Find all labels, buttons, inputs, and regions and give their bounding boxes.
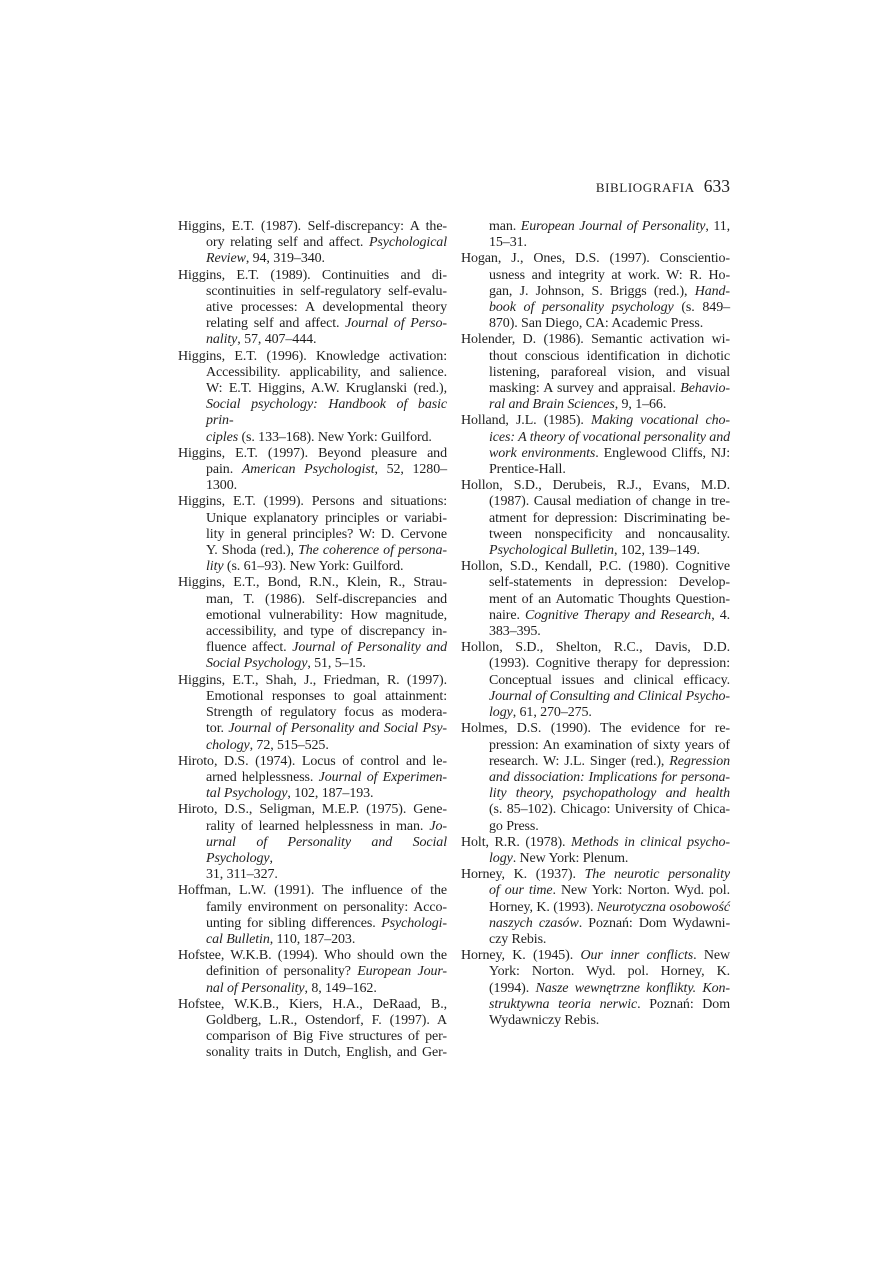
running-header: BIBLIOGRAFIA 633 — [596, 176, 730, 197]
reference-entry: Hiroto, D.S. (1974). Locus of control an… — [178, 754, 447, 803]
bibliography-page: BIBLIOGRAFIA 633 Higgins, E.T. (1987). S… — [0, 0, 893, 1263]
reference-line: thout conscious identification in dichot… — [461, 349, 730, 365]
italic-text-run: Psychological Bulletin — [489, 543, 614, 558]
italic-text-run: Review — [206, 251, 246, 266]
plain-text-run: . Poznań: Dom — [637, 997, 730, 1012]
plain-text-run: , 110, 187–203. — [270, 932, 355, 947]
reference-line: masking: A survey and appraisal. Behavio… — [461, 381, 730, 397]
reference-line: 383–395. — [461, 624, 730, 640]
reference-entry: Higgins, E.T., Shah, J., Friedman, R. (1… — [178, 673, 447, 754]
reference-line: logy. New York: Plenum. — [461, 851, 730, 867]
plain-text-run: . New — [693, 948, 730, 963]
reference-line: self-statements in depression: Develop- — [461, 575, 730, 591]
reference-line: atment for depression: Discriminating be… — [461, 511, 730, 527]
reference-line: gan, J. Johnson, S. Briggs (red.), Hand- — [461, 284, 730, 300]
italic-text-run: Our inner conflicts — [581, 948, 694, 963]
reference-line: Holender, D. (1986). Semantic activation… — [461, 332, 730, 348]
plain-text-run: man, T. (1986). Self-discrepancies and — [206, 592, 447, 607]
reference-line: Journal of Consulting and Clinical Psych… — [461, 689, 730, 705]
plain-text-run: Hiroto, D.S., Seligman, M.E.P. (1975). G… — [178, 802, 447, 817]
italic-text-run: European Jour- — [357, 964, 447, 979]
plain-text-run: (s. 133–168). New York: Guilford. — [238, 430, 432, 445]
plain-text-run: tor. — [206, 721, 228, 736]
plain-text-run: ative processes: A developmental theory — [206, 300, 447, 315]
plain-text-run: Hollon, S.D., Derubeis, R.J., Evans, M.D… — [461, 478, 730, 493]
italic-text-run: logy — [489, 851, 513, 866]
plain-text-run: man. — [489, 219, 521, 234]
plain-text-run: Strength of regulatory focus as modera- — [206, 705, 447, 720]
bibliography-column-right: man. European Journal of Personality, 11… — [461, 219, 730, 1062]
reference-line: Psychological Bulletin, 102, 139–149. — [461, 543, 730, 559]
plain-text-run: York: Norton. Wyd. pol. Horney, K. — [489, 964, 730, 979]
plain-text-run: Hollon, S.D., Shelton, R.C., Davis, D.D. — [461, 640, 730, 655]
italic-text-run: nality — [206, 332, 237, 347]
reference-entry: Hollon, S.D., Derubeis, R.J., Evans, M.D… — [461, 478, 730, 559]
plain-text-run: 870). San Diego, CA: Academic Press. — [489, 316, 703, 331]
plain-text-run: fluence affect. — [206, 640, 292, 655]
plain-text-run: (1993). Cognitive therapy for depression… — [489, 656, 730, 671]
italic-text-run: Psychological — [369, 235, 447, 250]
reference-line: nality, 57, 407–444. — [178, 332, 447, 348]
plain-text-run: 15–31. — [489, 235, 527, 250]
reference-line: Holland, J.L. (1985). Making vocational … — [461, 413, 730, 429]
reference-line: ative processes: A developmental theory — [178, 300, 447, 316]
reference-line: arned helplessness. Journal of Experimen… — [178, 770, 447, 786]
plain-text-run: Higgins, E.T., Bond, R.N., Klein, R., St… — [178, 575, 447, 590]
plain-text-run: Conceptual issues and clinical efficacy. — [489, 673, 730, 688]
reference-line: urnal of Personality and Social Psycholo… — [178, 835, 447, 867]
plain-text-run: Y. Shoda (red.), — [206, 543, 298, 558]
italic-text-run: The neurotic personality — [585, 867, 730, 882]
reference-line: Review, 94, 319–340. — [178, 251, 447, 267]
plain-text-run: masking: A survey and appraisal. — [489, 381, 680, 396]
plain-text-run: Higgins, E.T. (1996). Knowledge activati… — [178, 349, 447, 364]
plain-text-run: emotional vulnerability: How magnitude, — [206, 608, 447, 623]
italic-text-run: book of personality psychology — [489, 300, 674, 315]
plain-text-run: ory relating self and affect. — [206, 235, 369, 250]
reference-line: book of personality psychology (s. 849– — [461, 300, 730, 316]
reference-line: chology, 72, 515–525. — [178, 738, 447, 754]
reference-line: relating self and affect. Journal of Per… — [178, 316, 447, 332]
italic-text-run: Making vocational cho- — [591, 413, 730, 428]
reference-line: Horney, K. (1937). The neurotic personal… — [461, 867, 730, 883]
plain-text-run: Higgins, E.T. (1999). Persons and situat… — [178, 494, 447, 509]
italic-text-run: ciples — [206, 430, 238, 445]
plain-text-run: , 4. — [711, 608, 730, 623]
reference-entry: Hollon, S.D., Shelton, R.C., Davis, D.D.… — [461, 640, 730, 721]
italic-text-run: Jo- — [429, 819, 447, 834]
reference-line: listening, paraforeal vision, and visual — [461, 365, 730, 381]
reference-entry: Higgins, E.T. (1999). Persons and situat… — [178, 494, 447, 575]
reference-line: man, T. (1986). Self-discrepancies and — [178, 592, 447, 608]
italic-text-run: chology — [206, 738, 250, 753]
plain-text-run: Emotional responses to goal attainment: — [206, 689, 447, 704]
plain-text-run: , 72, 515–525. — [250, 738, 329, 753]
plain-text-run: Horney, K. (1937). — [461, 867, 585, 882]
plain-text-run: Wydawniczy Rebis. — [489, 1013, 599, 1028]
reference-line: pression: An examination of sixty years … — [461, 738, 730, 754]
reference-line: lity (s. 61–93). New York: Guilford. — [178, 559, 447, 575]
reference-line: Higgins, E.T. (1989). Continuities and d… — [178, 268, 447, 284]
reference-line: pain. American Psychologist, 52, 1280– — [178, 462, 447, 478]
italic-text-run: Neurotyczna osobowość — [597, 900, 730, 915]
italic-text-run: Journal of Experimen- — [319, 770, 447, 785]
plain-text-run: . New York: Plenum. — [513, 851, 629, 866]
reference-line: Hiroto, D.S., Seligman, M.E.P. (1975). G… — [178, 802, 447, 818]
reference-line: man. European Journal of Personality, 11… — [461, 219, 730, 235]
reference-line: Horney, K. (1993). Neurotyczna osobowość — [461, 900, 730, 916]
plain-text-run: , 61, 270–275. — [513, 705, 592, 720]
italic-text-run: Cognitive Therapy and Research — [525, 608, 711, 623]
plain-text-run: rality of learned helplessness in man. — [206, 819, 429, 834]
reference-line: Higgins, E.T. (1999). Persons and situat… — [178, 494, 447, 510]
reference-entry: Hofstee, W.K.B. (1994). Who should own t… — [178, 948, 447, 997]
reference-line: Holt, R.R. (1978). Methods in clinical p… — [461, 835, 730, 851]
reference-line: W: E.T. Higgins, A.W. Kruglanski (red.), — [178, 381, 447, 397]
reference-entry: Higgins, E.T. (1989). Continuities and d… — [178, 268, 447, 349]
reference-line: logy, 61, 270–275. — [461, 705, 730, 721]
italic-text-run: American Psychologist — [242, 462, 375, 477]
italic-text-run: nal of Personality — [206, 981, 305, 996]
reference-line: Horney, K. (1945). Our inner conflicts. … — [461, 948, 730, 964]
reference-entry: Hollon, S.D., Kendall, P.C. (1980). Cogn… — [461, 559, 730, 640]
reference-line: scontinuities in self-regulatory self-ev… — [178, 284, 447, 300]
reference-entry: Higgins, E.T. (1997). Beyond pleasure an… — [178, 446, 447, 495]
reference-line: Hollon, S.D., Kendall, P.C. (1980). Cogn… — [461, 559, 730, 575]
reference-line: definition of personality? European Jour… — [178, 964, 447, 980]
plain-text-run: (s. 61–93). New York: Guilford. — [223, 559, 403, 574]
reference-line: tween nonspecificity and noncausality. — [461, 527, 730, 543]
plain-text-run: Higgins, E.T. (1989). Continuities and d… — [178, 268, 447, 283]
reference-line: Hofstee, W.K.B. (1994). Who should own t… — [178, 948, 447, 964]
reference-line: Higgins, E.T. (1987). Self-discrepancy: … — [178, 219, 447, 235]
italic-text-run: Hand- — [695, 284, 730, 299]
plain-text-run: , 52, 1280– — [375, 462, 448, 477]
reference-line: (s. 85–102). Chicago: University of Chic… — [461, 802, 730, 818]
italic-text-run: of our time — [489, 883, 553, 898]
plain-text-run: . New York: Norton. Wyd. pol. — [553, 883, 730, 898]
reference-line: ciples (s. 133–168). New York: Guilford. — [178, 430, 447, 446]
reference-line: cal Bulletin, 110, 187–203. — [178, 932, 447, 948]
reference-line: rality of learned helplessness in man. J… — [178, 819, 447, 835]
bibliography-column-left: Higgins, E.T. (1987). Self-discrepancy: … — [178, 219, 447, 1062]
plain-text-run: 31, 311–327. — [206, 867, 278, 882]
plain-text-run: Hiroto, D.S. (1974). Locus of control an… — [178, 754, 447, 769]
reference-line: Conceptual issues and clinical efficacy. — [461, 673, 730, 689]
reference-line: Hoffman, L.W. (1991). The influence of t… — [178, 883, 447, 899]
reference-entry: man. European Journal of Personality, 11… — [461, 219, 730, 251]
reference-line: Goldberg, L.R., Ostendorf, F. (1997). A — [178, 1013, 447, 1029]
italic-text-run: Journal of Personality and — [292, 640, 447, 655]
plain-text-run: , 9, 1–66. — [615, 397, 667, 412]
plain-text-run: family environment on personality: Acco- — [206, 900, 447, 915]
plain-text-run: Horney, K. (1945). — [461, 948, 581, 963]
reference-entry: Horney, K. (1937). The neurotic personal… — [461, 867, 730, 948]
italic-text-run: naszych czasów — [489, 916, 579, 931]
plain-text-run: Prentice-Hall. — [489, 462, 566, 477]
plain-text-run: Hofstee, W.K.B., Kiers, H.A., DeRaad, B.… — [178, 997, 447, 1012]
reference-entry: Holmes, D.S. (1990). The evidence for re… — [461, 721, 730, 834]
plain-text-run: research. W: J.L. Singer (red.), — [489, 754, 669, 769]
reference-entry: Higgins, E.T. (1996). Knowledge activati… — [178, 349, 447, 446]
reference-line: comparison of Big Five structures of per… — [178, 1029, 447, 1045]
reference-line: Higgins, E.T. (1996). Knowledge activati… — [178, 349, 447, 365]
reference-line: (1987). Causal mediation of change in tr… — [461, 494, 730, 510]
plain-text-run: sonality traits in Dutch, English, and G… — [206, 1045, 447, 1060]
reference-line: Hogan, J., Ones, D.S. (1997). Conscienti… — [461, 251, 730, 267]
reference-line: Y. Shoda (red.), The coherence of person… — [178, 543, 447, 559]
plain-text-run: , 8, 149–162. — [305, 981, 377, 996]
italic-text-run: ral and Brain Sciences — [489, 397, 615, 412]
italic-text-run: Social Psychology — [206, 656, 307, 671]
reference-line: czy Rebis. — [461, 932, 730, 948]
plain-text-run: atment for depression: Discriminating be… — [489, 511, 730, 526]
reference-line: family environment on personality: Acco- — [178, 900, 447, 916]
plain-text-run: . Poznań: Dom Wydawni- — [579, 916, 730, 931]
reference-line: Strength of regulatory focus as modera- — [178, 705, 447, 721]
plain-text-run: tween nonspecificity and noncausality. — [489, 527, 730, 542]
reference-entry: Hoffman, L.W. (1991). The influence of t… — [178, 883, 447, 948]
reference-line: Higgins, E.T. (1997). Beyond pleasure an… — [178, 446, 447, 462]
reference-entry: Higgins, E.T., Bond, R.N., Klein, R., St… — [178, 575, 447, 672]
reference-line: Social psychology: Handbook of basic pri… — [178, 397, 447, 429]
plain-text-run: definition of personality? — [206, 964, 357, 979]
italic-text-run: logy — [489, 705, 513, 720]
reference-entry: Holender, D. (1986). Semantic activation… — [461, 332, 730, 413]
plain-text-run: lity in general principles? W: D. Cervon… — [206, 527, 447, 542]
italic-text-run: lity theory, psychopathology and health — [489, 786, 730, 801]
plain-text-run: unting for sibling differences. — [206, 916, 381, 931]
italic-text-run: Nasze wewnętrzne konflikty. Kon- — [535, 981, 730, 996]
plain-text-run: ment of an Automatic Thoughts Question- — [489, 592, 730, 607]
plain-text-run: Goldberg, L.R., Ostendorf, F. (1997). A — [206, 1013, 447, 1028]
reference-line: work environments. Englewood Cliffs, NJ: — [461, 446, 730, 462]
reference-entry: Higgins, E.T. (1987). Self-discrepancy: … — [178, 219, 447, 268]
reference-line: Accessibility. applicability, and salien… — [178, 365, 447, 381]
reference-line: nal of Personality, 8, 149–162. — [178, 981, 447, 997]
italic-text-run: and dissociation: Implications for perso… — [489, 770, 730, 785]
reference-line: and dissociation: Implications for perso… — [461, 770, 730, 786]
reference-line: (1993). Cognitive therapy for depression… — [461, 656, 730, 672]
plain-text-run: usness and integrity at work. W: R. Ho- — [489, 268, 730, 283]
italic-text-run: lity — [206, 559, 223, 574]
plain-text-run: Hoffman, L.W. (1991). The influence of t… — [178, 883, 447, 898]
reference-line: 15–31. — [461, 235, 730, 251]
reference-line: sonality traits in Dutch, English, and G… — [178, 1045, 447, 1061]
plain-text-run: accessibility, and type of discrepancy i… — [206, 624, 447, 639]
reference-line: Hiroto, D.S. (1974). Locus of control an… — [178, 754, 447, 770]
italic-text-run: urnal of Personality and Social Psycholo… — [206, 835, 447, 866]
plain-text-run: , 102, 187–193. — [287, 786, 373, 801]
italic-text-run: work environments — [489, 446, 595, 461]
plain-text-run: , 57, 407–444. — [237, 332, 316, 347]
plain-text-run: thout conscious identification in dichot… — [489, 349, 730, 364]
reference-line: ment of an Automatic Thoughts Question- — [461, 592, 730, 608]
reference-line: Higgins, E.T., Shah, J., Friedman, R. (1… — [178, 673, 447, 689]
plain-text-run: (s. 849– — [674, 300, 730, 315]
plain-text-run: Higgins, E.T., Shah, J., Friedman, R. (1… — [178, 673, 447, 688]
reference-line: naszych czasów. Poznań: Dom Wydawni- — [461, 916, 730, 932]
plain-text-run: 1300. — [206, 478, 237, 493]
reference-entry: Holland, J.L. (1985). Making vocational … — [461, 413, 730, 478]
plain-text-run: relating self and affect. — [206, 316, 345, 331]
reference-line: Prentice-Hall. — [461, 462, 730, 478]
plain-text-run: Holender, D. (1986). Semantic activation… — [461, 332, 730, 347]
reference-line: Emotional responses to goal attainment: — [178, 689, 447, 705]
plain-text-run: czy Rebis. — [489, 932, 546, 947]
plain-text-run: go Press. — [489, 819, 539, 834]
page-number: 633 — [704, 176, 730, 197]
plain-text-run: scontinuities in self-regulatory self-ev… — [206, 284, 447, 299]
reference-line: accessibility, and type of discrepancy i… — [178, 624, 447, 640]
reference-entry: Holt, R.R. (1978). Methods in clinical p… — [461, 835, 730, 867]
reference-line: go Press. — [461, 819, 730, 835]
plain-text-run: Hogan, J., Ones, D.S. (1997). Conscienti… — [461, 251, 730, 266]
reference-line: Unique explanatory principles or variabi… — [178, 511, 447, 527]
plain-text-run: self-statements in depression: Develop- — [489, 575, 730, 590]
reference-line: usness and integrity at work. W: R. Ho- — [461, 268, 730, 284]
italic-text-run: tal Psychology — [206, 786, 287, 801]
reference-line: Higgins, E.T., Bond, R.N., Klein, R., St… — [178, 575, 447, 591]
plain-text-run: (1994). — [489, 981, 535, 996]
plain-text-run: , 102, 139–149. — [614, 543, 700, 558]
plain-text-run: naire. — [489, 608, 525, 623]
reference-line: fluence affect. Journal of Personality a… — [178, 640, 447, 656]
plain-text-run: Holmes, D.S. (1990). The evidence for re… — [461, 721, 730, 736]
plain-text-run: Hofstee, W.K.B. (1994). Who should own t… — [178, 948, 447, 963]
reference-line: 870). San Diego, CA: Academic Press. — [461, 316, 730, 332]
plain-text-run: Accessibility. applicability, and salien… — [206, 365, 447, 380]
reference-line: 1300. — [178, 478, 447, 494]
reference-line: ory relating self and affect. Psychologi… — [178, 235, 447, 251]
italic-text-run: European Journal of Personality — [521, 219, 706, 234]
reference-line: Hofstee, W.K.B., Kiers, H.A., DeRaad, B.… — [178, 997, 447, 1013]
plain-text-run: Higgins, E.T. (1987). Self-discrepancy: … — [178, 219, 447, 234]
italic-text-run: ices: A theory of vocational personality… — [489, 430, 730, 445]
reference-line: of our time. New York: Norton. Wyd. pol. — [461, 883, 730, 899]
plain-text-run: Holt, R.R. (1978). — [461, 835, 571, 850]
plain-text-run: , 51, 5–15. — [307, 656, 365, 671]
reference-line: unting for sibling differences. Psycholo… — [178, 916, 447, 932]
italic-text-run: Journal of Personality and Social Psy- — [228, 721, 447, 736]
plain-text-run: gan, J. Johnson, S. Briggs (red.), — [489, 284, 695, 299]
italic-text-run: The coherence of persona- — [298, 543, 447, 558]
plain-text-run: (1987). Causal mediation of change in tr… — [489, 494, 730, 509]
italic-text-run: cal Bulletin — [206, 932, 270, 947]
reference-line: Holmes, D.S. (1990). The evidence for re… — [461, 721, 730, 737]
plain-text-run: , 11, — [705, 219, 730, 234]
reference-entry: Hiroto, D.S., Seligman, M.E.P. (1975). G… — [178, 802, 447, 883]
plain-text-run: , — [270, 851, 273, 866]
reference-line: lity theory, psychopathology and health — [461, 786, 730, 802]
reference-line: tal Psychology, 102, 187–193. — [178, 786, 447, 802]
italic-text-run: Psychologi- — [381, 916, 447, 931]
reference-line: ices: A theory of vocational personality… — [461, 430, 730, 446]
reference-line: emotional vulnerability: How magnitude, — [178, 608, 447, 624]
plain-text-run: 383–395. — [489, 624, 541, 639]
italic-text-run: struktywna teoria nerwic — [489, 997, 637, 1012]
reference-line: lity in general principles? W: D. Cervon… — [178, 527, 447, 543]
reference-entry: Horney, K. (1945). Our inner conflicts. … — [461, 948, 730, 1029]
plain-text-run: Holland, J.L. (1985). — [461, 413, 591, 428]
reference-line: 31, 311–327. — [178, 867, 447, 883]
section-title: BIBLIOGRAFIA — [596, 180, 695, 196]
reference-entry: Hofstee, W.K.B., Kiers, H.A., DeRaad, B.… — [178, 997, 447, 1062]
reference-line: Hollon, S.D., Derubeis, R.J., Evans, M.D… — [461, 478, 730, 494]
plain-text-run: listening, paraforeal vision, and visual — [489, 365, 730, 380]
reference-line: Social Psychology, 51, 5–15. — [178, 656, 447, 672]
plain-text-run: Horney, K. (1993). — [489, 900, 597, 915]
italic-text-run: Journal of Consulting and Clinical Psych… — [489, 689, 730, 704]
plain-text-run: pression: An examination of sixty years … — [489, 738, 730, 753]
reference-line: struktywna teoria nerwic. Poznań: Dom — [461, 997, 730, 1013]
plain-text-run: Hollon, S.D., Kendall, P.C. (1980). Cogn… — [461, 559, 730, 574]
italic-text-run: Regression — [669, 754, 730, 769]
plain-text-run: (s. 85–102). Chicago: University of Chic… — [489, 802, 730, 817]
reference-line: ral and Brain Sciences, 9, 1–66. — [461, 397, 730, 413]
reference-line: tor. Journal of Personality and Social P… — [178, 721, 447, 737]
italic-text-run: Social psychology: Handbook of basic pri… — [206, 397, 447, 428]
italic-text-run: Behavio- — [680, 381, 730, 396]
plain-text-run: pain. — [206, 462, 242, 477]
bibliography-columns: Higgins, E.T. (1987). Self-discrepancy: … — [178, 219, 731, 1062]
plain-text-run: Higgins, E.T. (1997). Beyond pleasure an… — [178, 446, 447, 461]
plain-text-run: comparison of Big Five structures of per… — [206, 1029, 447, 1044]
reference-line: (1994). Nasze wewnętrzne konflikty. Kon- — [461, 981, 730, 997]
reference-entry: Hogan, J., Ones, D.S. (1997). Conscienti… — [461, 251, 730, 332]
plain-text-run: Unique explanatory principles or variabi… — [206, 511, 447, 526]
reference-line: Wydawniczy Rebis. — [461, 1013, 730, 1029]
plain-text-run: . Englewood Cliffs, NJ: — [595, 446, 730, 461]
plain-text-run: , 94, 319–340. — [246, 251, 325, 266]
reference-line: Hollon, S.D., Shelton, R.C., Davis, D.D. — [461, 640, 730, 656]
reference-line: York: Norton. Wyd. pol. Horney, K. — [461, 964, 730, 980]
plain-text-run: W: E.T. Higgins, A.W. Kruglanski (red.), — [206, 381, 447, 396]
reference-line: research. W: J.L. Singer (red.), Regress… — [461, 754, 730, 770]
italic-text-run: Journal of Perso- — [345, 316, 447, 331]
reference-line: naire. Cognitive Therapy and Research, 4… — [461, 608, 730, 624]
italic-text-run: Methods in clinical psycho- — [571, 835, 730, 850]
plain-text-run: arned helplessness. — [206, 770, 319, 785]
